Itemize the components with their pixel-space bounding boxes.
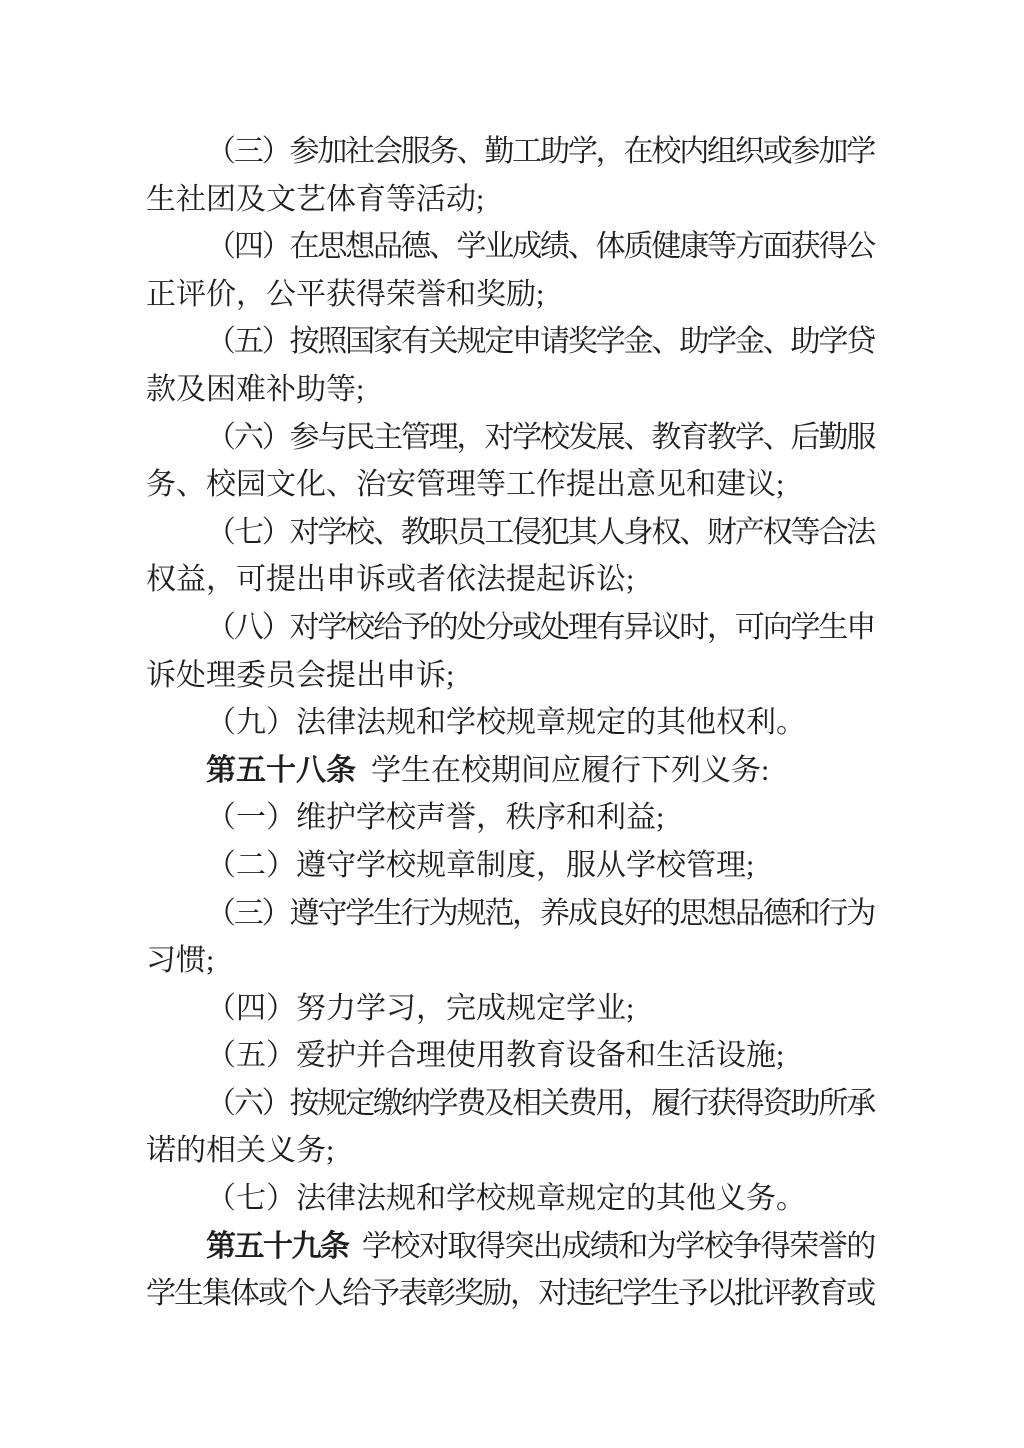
text-line: （七）对学校、教职员工侵犯其人身权、财产权等合法 (146, 509, 874, 557)
article-heading-line: 第五十八条 学生在校期间应履行下列义务: (146, 747, 874, 795)
text-line: （三）参加社会服务、勤工助学，在校内组织或参加学 (146, 128, 874, 176)
text-line: （八）对学校给予的处分或处理有异议时，可向学生申 (146, 604, 874, 652)
text-line: 习惯; (146, 937, 874, 985)
text-line: 权益，可提出申诉或者依法提起诉讼; (146, 556, 874, 604)
text-line: 生社团及文艺体育等活动; (146, 176, 874, 224)
text-line: （七）法律法规和学校规章规定的其他义务。 (146, 1175, 874, 1223)
text-line: （二）遵守学校规章制度，服从学校管理; (146, 842, 874, 890)
text-line: （四）在思想品德、学业成绩、体质健康等方面获得公 (146, 223, 874, 271)
text-line: （四）努力学习，完成规定学业; (146, 985, 874, 1033)
document-page: （三）参加社会服务、勤工助学，在校内组织或参加学生社团及文艺体育等活动;（四）在… (0, 0, 1024, 1448)
article-number: 第五十九条 (206, 1230, 348, 1263)
text-line: （五）按照国家有关规定申请奖学金、助学金、助学贷 (146, 318, 874, 366)
text-line: 务、校园文化、治安管理等工作提出意见和建议; (146, 461, 874, 509)
text-line: 正评价，公平获得荣誉和奖励; (146, 271, 874, 319)
text-line: 学生集体或个人给予表彰奖励，对违纪学生予以批评教育或 (146, 1270, 874, 1318)
text-line: 诉处理委员会提出申诉; (146, 652, 874, 700)
text-line: （五）爱护并合理使用教育设备和生活设施; (146, 1032, 874, 1080)
article-heading-line: 第五十九条 学校对取得突出成绩和为学校争得荣誉的 (146, 1223, 874, 1271)
text-line: （一）维护学校声誉，秩序和利益; (146, 794, 874, 842)
text-line: （九）法律法规和学校规章规定的其他权利。 (146, 699, 874, 747)
text-line: 诺的相关义务; (146, 1127, 874, 1175)
text-line: 款及困难补助等; (146, 366, 874, 414)
article-number: 第五十八条 (206, 754, 356, 787)
text-line: （六）参与民主管理，对学校发展、教育教学、后勤服 (146, 414, 874, 462)
text-line: （六）按规定缴纳学费及相关费用，履行获得资助所承 (146, 1080, 874, 1128)
document-body-text: （三）参加社会服务、勤工助学，在校内组织或参加学生社团及文艺体育等活动;（四）在… (146, 128, 874, 1318)
text-line: （三）遵守学生行为规范，养成良好的思想品德和行为 (146, 890, 874, 938)
